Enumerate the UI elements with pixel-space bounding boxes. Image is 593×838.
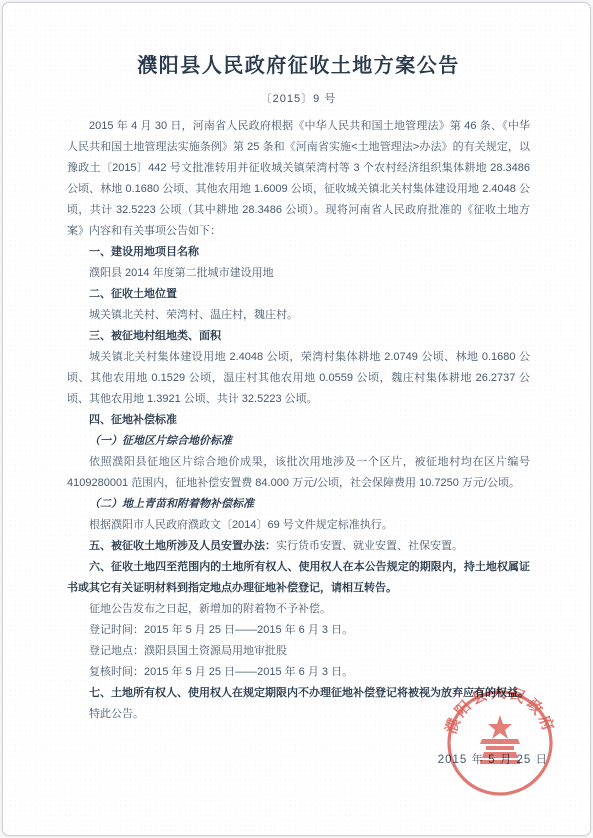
seal-emblem-icon xyxy=(480,715,520,764)
paragraph: 依照濮阳县征地区片综合地价成果，该批次用地涉及一个区片，被征地村均在区片编号 4… xyxy=(67,452,530,494)
paragraph: 一、建设用地项目名称 xyxy=(67,242,530,263)
paragraph: 二、征收土地位置 xyxy=(67,284,530,305)
document-paragraphs: 2015 年 4 月 30 日，河南省人民政府根据《中华人民共和国土地管理法》第… xyxy=(67,116,530,725)
paragraph: 复核时间：2015 年 5 月 25 日——2015 年 6 月 3 日。 xyxy=(67,662,530,683)
paragraph: 2015 年 4 月 30 日，河南省人民政府根据《中华人民共和国土地管理法》第… xyxy=(67,116,530,242)
document-page: 濮阳县人民政府征收土地方案公告 〔2015〕9 号 2015 年 4 月 30 … xyxy=(2,2,591,836)
paragraph: 城关镇北关村集体建设用地 2.4048 公顷，荣湾村集体耕地 2.0749 公顷… xyxy=(67,347,530,410)
paragraph: （二）地上青苗和附着物补偿标准 xyxy=(67,494,530,515)
paragraph: 征地公告发布之日起，新增加的附着物不予补偿。 xyxy=(67,599,530,620)
paragraph: 濮阳县 2014 年度第二批城市建设用地 xyxy=(67,263,530,284)
official-seal-icon: 濮阳县人民政府 xyxy=(444,687,556,799)
scanned-document-canvas: 濮阳县人民政府征收土地方案公告 〔2015〕9 号 2015 年 4 月 30 … xyxy=(0,0,593,838)
paragraph: 三、被征地村组地类、面积 xyxy=(67,326,530,347)
paragraph: 登记时间：2015 年 5 月 25 日——2015 年 6 月 3 日。 xyxy=(67,620,530,641)
document-content: 濮阳县人民政府征收土地方案公告 〔2015〕9 号 2015 年 4 月 30 … xyxy=(3,3,590,725)
paragraph: （一）征地区片综合地价标准 xyxy=(67,431,530,452)
paragraph: 根据濮阳市人民政府濮政文〔2014〕69 号文件规定标准执行。 xyxy=(67,515,530,536)
document-title: 濮阳县人民政府征收土地方案公告 xyxy=(67,53,530,79)
paragraph: 六、征收土地四至范围内的土地所有权人、使用权人在本公告规定的期限内，持土地权属证… xyxy=(67,557,530,599)
paragraph: 四、征地补偿标准 xyxy=(67,410,530,431)
document-number: 〔2015〕9 号 xyxy=(67,90,530,106)
paragraph: 五、被征收土地所涉及人员安置办法：实行货币安置、就业安置、社保安置。 xyxy=(67,536,530,557)
paragraph: 城关镇北关村、荣湾村、温庄村，魏庄村。 xyxy=(67,305,530,326)
paragraph: 登记地点：濮阳县国土资源局用地审批股 xyxy=(67,641,530,662)
